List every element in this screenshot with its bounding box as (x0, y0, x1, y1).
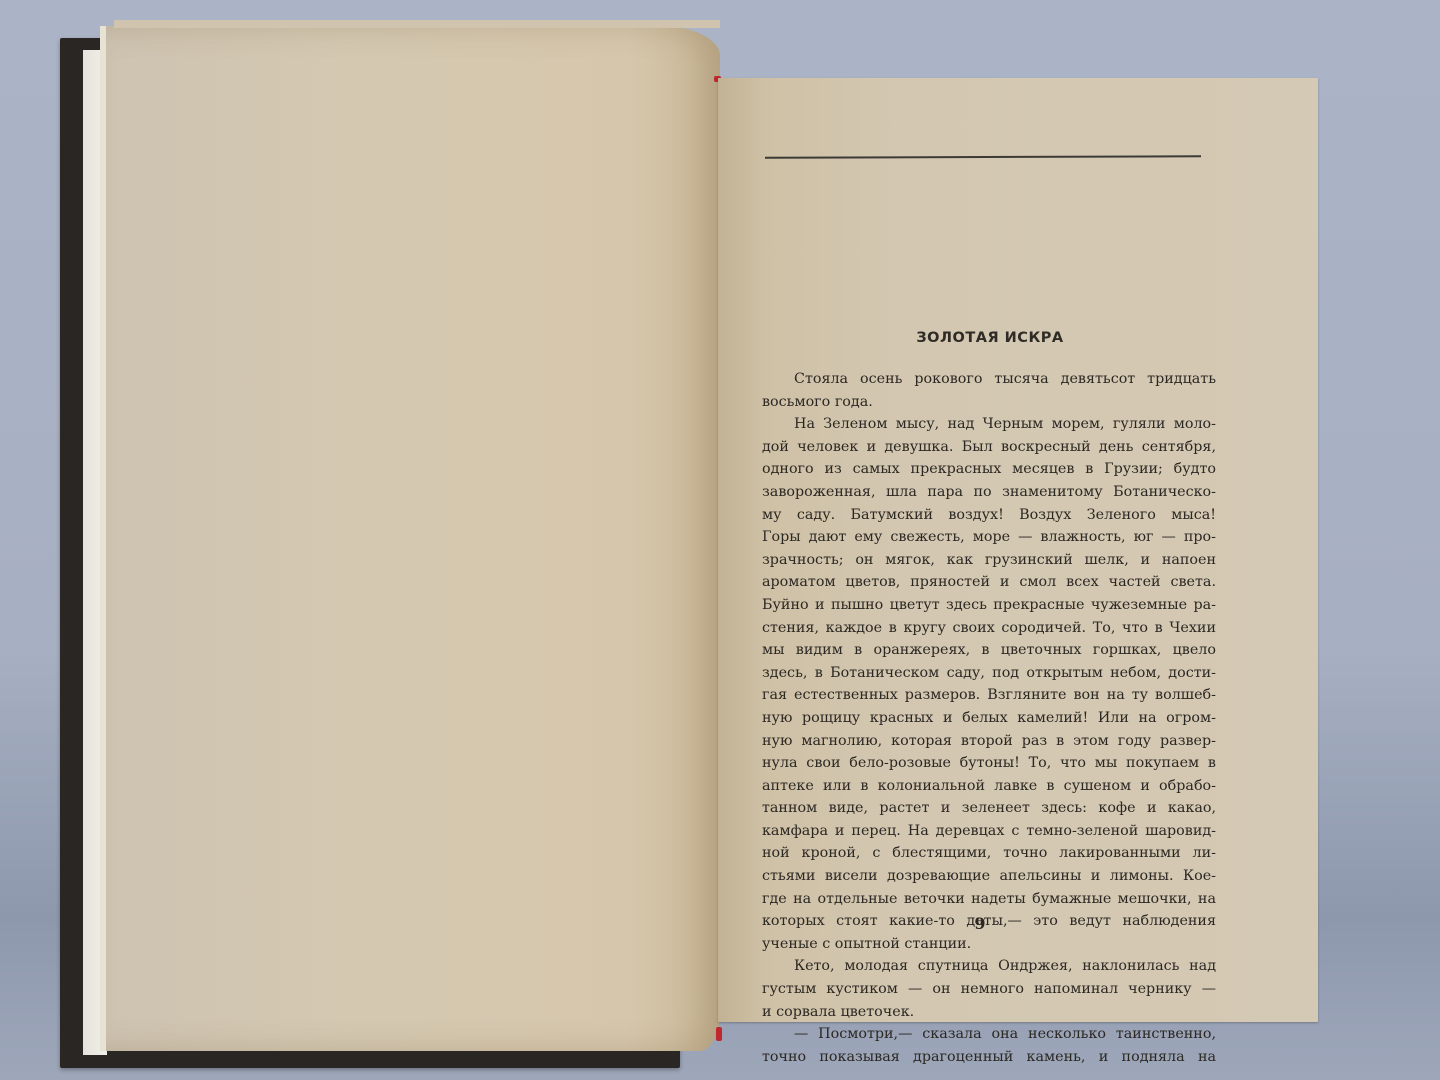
text-line: ную магнолию, которая второй раз в этом … (762, 730, 1216, 753)
chapter-title: ЗОЛОТАЯ ИСКРА (760, 330, 1220, 346)
text-line: танном виде, растет и зеленеет здесь: ко… (762, 797, 1216, 820)
text-line: камфара и перец. На деревцах с темно-зел… (762, 820, 1216, 843)
text-line: Стояла осень рокового тысяча девятьсот т… (762, 368, 1216, 391)
text-line: аптеке или в колониальной лавке в сушено… (762, 775, 1216, 798)
left-page-blank[interactable] (100, 26, 720, 1051)
text-line: точно показывая драгоценный камень, и по… (762, 1046, 1216, 1069)
page-number: 9 (960, 914, 1000, 933)
text-line: гая естественных размеров. Взгляните вон… (762, 684, 1216, 707)
text-line: Буйно и пышно цветут здесь прекрасные чу… (762, 594, 1216, 617)
text-line: Кето, молодая спутница Ондржея, наклонил… (762, 955, 1216, 978)
body-text: Стояла осень рокового тысяча девятьсот т… (762, 368, 1216, 1068)
text-line: ученые с опытной станции. (762, 933, 1216, 956)
text-line: му саду. Батумский воздух! Воздух Зелено… (762, 504, 1216, 527)
text-line: ароматом цветов, пряностей и смол всех ч… (762, 571, 1216, 594)
bookmark-thread-bottom (716, 1027, 722, 1041)
text-line: мы видим в оранжереях, в цветочных горшк… (762, 639, 1216, 662)
text-line: где на отдельные веточки надеты бумажные… (762, 888, 1216, 911)
text-line: ную рощицу красных и белых камелий! Или … (762, 707, 1216, 730)
text-line: густым кустиком — он немного напоминал ч… (762, 978, 1216, 1001)
text-line: и сорвала цветочек. (762, 1001, 1216, 1024)
text-line: На Зеленом мысу, над Черным морем, гулял… (762, 413, 1216, 436)
text-line: здесь, в Ботаническом саду, под открытым… (762, 662, 1216, 685)
text-line: зрачность; он мягок, как грузинский шелк… (762, 549, 1216, 572)
text-line: ной кроной, с блестящими, точно лакирова… (762, 842, 1216, 865)
text-line: — Посмотри,— сказала она несколько таинс… (762, 1023, 1216, 1046)
text-line: нула свои бело-розовые бутоны! То, что м… (762, 752, 1216, 775)
text-line: дой человек и девушка. Был воскресный де… (762, 436, 1216, 459)
text-line: завороженная, шла пара по знаменитому Бо… (762, 481, 1216, 504)
text-line: восьмого года. (762, 391, 1216, 414)
text-line: Горы дают ему свежесть, море — влажность… (762, 526, 1216, 549)
text-line: одного из самых прекрасных месяцев в Гру… (762, 458, 1216, 481)
page-stack-edge (100, 26, 106, 1051)
text-line: стения, каждое в кругу своих сородичей. … (762, 617, 1216, 640)
page-top-edge (114, 20, 720, 28)
text-line: стьями висели дозревающие апельсины и ли… (762, 865, 1216, 888)
